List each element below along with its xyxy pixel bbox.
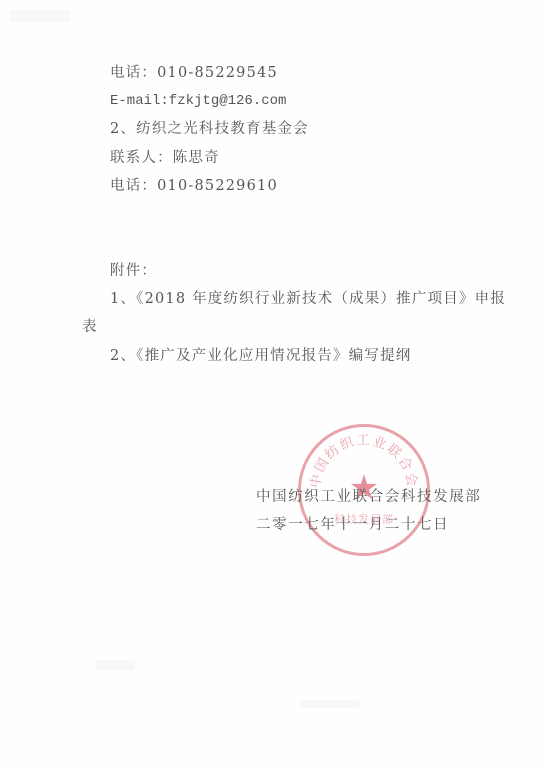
signature-organization: 中国纺织工业联合会科技发展部 xyxy=(256,485,481,506)
attachment-item: 2、《推广及产业化应用情况报告》编写提纲 xyxy=(110,346,411,366)
attachment-item-continued: 表 xyxy=(82,317,98,337)
contact-phone-2: 电话：010-85229610 xyxy=(110,176,278,196)
signature-date: 二零一七年十一月二十七日 xyxy=(256,513,449,534)
contact-person: 联系人：陈思奇 xyxy=(110,148,220,168)
scan-noise xyxy=(300,700,360,708)
scan-noise xyxy=(95,660,135,670)
document-page: 电话：010-85229545 E-mail:fzkjtg@126.com 2、… xyxy=(0,0,547,765)
attachment-item: 1、《2018 年度纺织行业新技术（成果）推广项目》申报 xyxy=(110,289,506,309)
contact-org-2: 2、纺织之光科技教育基金会 xyxy=(110,119,309,139)
scan-noise xyxy=(10,10,70,22)
contact-phone-1: 电话：010-85229545 xyxy=(110,63,278,83)
attachments-heading: 附件： xyxy=(110,261,157,281)
contact-email: E-mail:fzkjtg@126.com xyxy=(110,91,286,111)
